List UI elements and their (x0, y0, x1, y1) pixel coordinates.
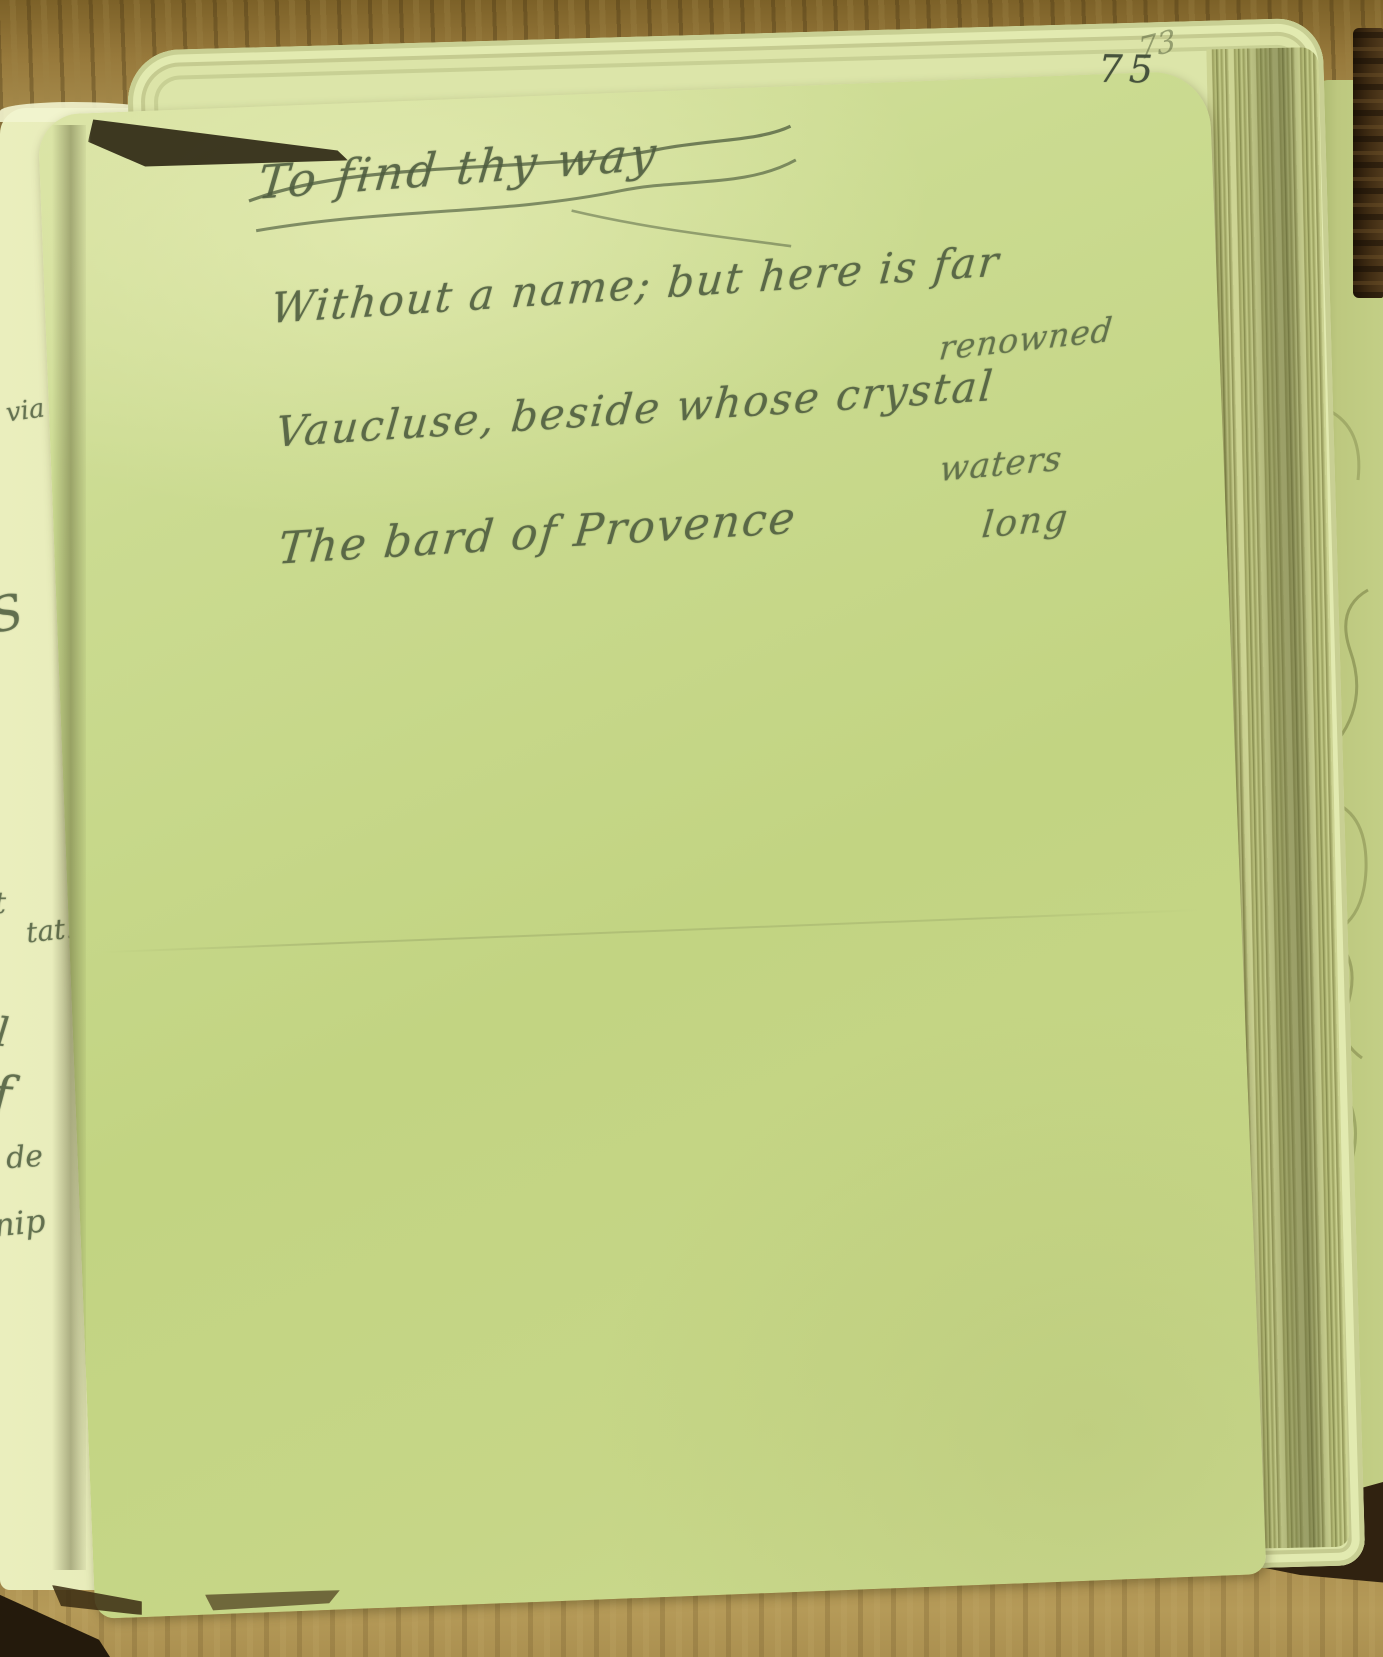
facing-fragment-5: l (0, 1009, 11, 1056)
leather-cover-right (1353, 28, 1383, 298)
facing-fragment-7: de (5, 1139, 44, 1176)
page-number: 75 (1098, 47, 1159, 92)
verse-line-4-right-word: long (980, 497, 1071, 546)
verse-line-3-insertion: waters (938, 438, 1064, 490)
fold-shadow (52, 125, 86, 1570)
facing-fragment-8: nip (0, 1201, 47, 1244)
facing-fragment-1: via (4, 393, 46, 428)
facing-fragment-3: t (0, 886, 6, 921)
verse-line-4: The bard of Provence (276, 493, 799, 575)
verse-line-2-insertion: renowned (937, 310, 1115, 369)
verse-line-3: Vaucluse, beside whose crystal (274, 361, 997, 457)
facing-fragment-6: f (0, 1065, 13, 1126)
facing-fragment-2: S (0, 583, 28, 645)
manuscript-page: 75 To find thy way Without a name; but h… (38, 70, 1267, 1619)
manuscript-photo: 73 via S t tat. l f de nip 75 To find th… (0, 0, 1383, 1657)
strikethrough-strokes (238, 106, 803, 277)
page-crease (100, 909, 1199, 953)
